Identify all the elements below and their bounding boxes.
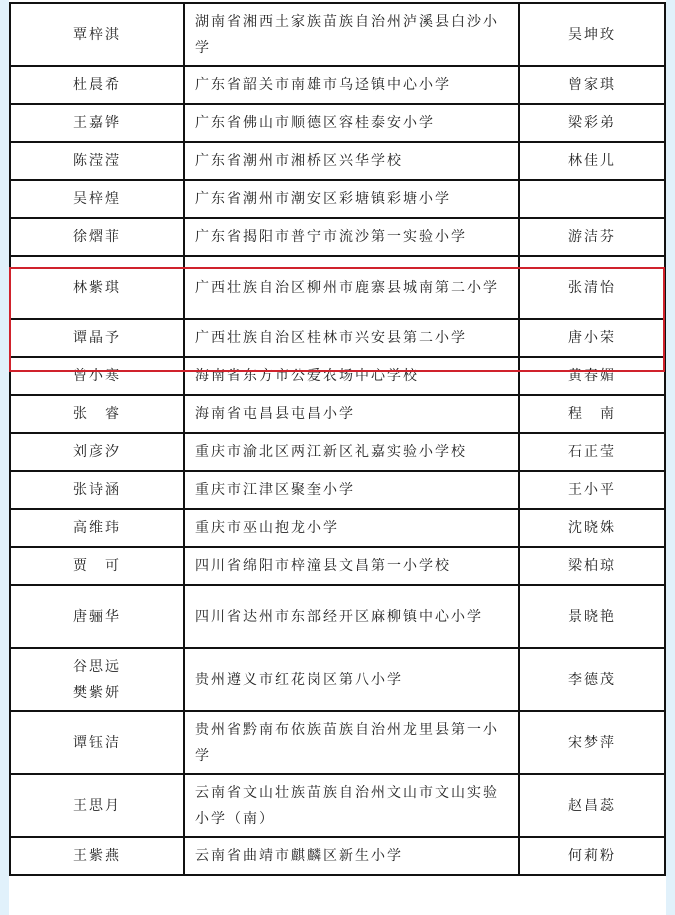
- table-row: 谷思远 樊紫妍 贵州遵义市红花岗区第八小学 李德茂: [10, 648, 665, 711]
- student-name-cell: 张 睿: [10, 395, 184, 433]
- table-row: 唐骊华 四川省达州市东部经开区麻柳镇中心小学 景晓艳: [10, 585, 665, 648]
- school-cell: 重庆市巫山抱龙小学: [184, 509, 519, 547]
- table-row: 吴梓煌 广东省潮州市潮安区彩塘镇彩塘小学: [10, 180, 665, 218]
- student-name-cell: 徐熠菲: [10, 218, 184, 256]
- teacher-cell: 吴坤玫: [519, 3, 665, 66]
- student-name-cell: 覃梓淇: [10, 3, 184, 66]
- student-name-cell: 杜晨希: [10, 66, 184, 104]
- student-name-cell: 谭晶予: [10, 319, 184, 357]
- school-cell: 广东省揭阳市普宁市流沙第一实验小学: [184, 218, 519, 256]
- student-name: 王紫燕: [11, 843, 183, 869]
- table-row: 张 睿 海南省屯昌县屯昌小学 程 南: [10, 395, 665, 433]
- school-cell: 海南省屯昌县屯昌小学: [184, 395, 519, 433]
- student-name-cell: 谷思远 樊紫妍: [10, 648, 184, 711]
- school-cell: 贵州省黔南布依族苗族自治州龙里县第一小学: [184, 711, 519, 774]
- student-name-cell: 吴梓煌: [10, 180, 184, 218]
- student-name-cell: 唐骊华: [10, 585, 184, 648]
- teacher-cell: 张清怡: [519, 256, 665, 319]
- student-name: 谭晶予: [11, 325, 183, 351]
- teacher-cell: [519, 180, 665, 218]
- student-name: 谷思远: [11, 654, 183, 680]
- table-row: 张诗涵 重庆市江津区聚奎小学 王小平: [10, 471, 665, 509]
- table-row: 高维玮 重庆市巫山抱龙小学 沈晓姝: [10, 509, 665, 547]
- student-name-cell: 张诗涵: [10, 471, 184, 509]
- school-cell: 四川省达州市东部经开区麻柳镇中心小学: [184, 585, 519, 648]
- student-name-cell: 林紫琪: [10, 256, 184, 319]
- school-cell: 海南省东方市公爱农场中心学校: [184, 357, 519, 395]
- student-name: 王思月: [11, 793, 183, 819]
- school-cell: 广东省佛山市顺德区容桂泰安小学: [184, 104, 519, 142]
- table-row: 谭钰洁 贵州省黔南布依族苗族自治州龙里县第一小学 宋梦萍: [10, 711, 665, 774]
- table-row: 贾 可 四川省绵阳市梓潼县文昌第一小学校 梁柏琼: [10, 547, 665, 585]
- teacher-cell: 游洁芬: [519, 218, 665, 256]
- teacher-cell: 黄春媚: [519, 357, 665, 395]
- school-cell: 广东省潮州市潮安区彩塘镇彩塘小学: [184, 180, 519, 218]
- table-row: 王紫燕 云南省曲靖市麒麟区新生小学 何莉粉: [10, 837, 665, 875]
- school-cell: 四川省绵阳市梓潼县文昌第一小学校: [184, 547, 519, 585]
- student-name: 徐熠菲: [11, 224, 183, 250]
- student-name-cell: 曾小寒: [10, 357, 184, 395]
- student-name-cell: 王嘉铧: [10, 104, 184, 142]
- teacher-cell: 曾家琪: [519, 66, 665, 104]
- student-name: 杜晨希: [11, 72, 183, 98]
- school-cell: 广东省潮州市湘桥区兴华学校: [184, 142, 519, 180]
- student-name: 樊紫妍: [11, 680, 183, 706]
- table-row: 覃梓淇 湖南省湘西土家族苗族自治州泸溪县白沙小学 吴坤玫: [10, 3, 665, 66]
- teacher-cell: 沈晓姝: [519, 509, 665, 547]
- school-cell: 重庆市渝北区两江新区礼嘉实验小学校: [184, 433, 519, 471]
- table-row: 王思月 云南省文山壮族苗族自治州文山市文山实验小学（南） 赵昌蕊: [10, 774, 665, 837]
- student-name: 陈滢滢: [11, 148, 183, 174]
- student-name: 覃梓淇: [11, 22, 183, 48]
- student-name-cell: 王紫燕: [10, 837, 184, 875]
- student-name: 贾 可: [11, 553, 183, 579]
- student-name: 张 睿: [11, 401, 183, 427]
- teacher-cell: 宋梦萍: [519, 711, 665, 774]
- student-name-cell: 谭钰洁: [10, 711, 184, 774]
- student-name: 唐骊华: [11, 604, 183, 630]
- award-roster-table: 覃梓淇 湖南省湘西土家族苗族自治州泸溪县白沙小学 吴坤玫 杜晨希 广东省韶关市南…: [9, 2, 666, 876]
- student-name: 曾小寒: [11, 363, 183, 389]
- table-row: 陈滢滢 广东省潮州市湘桥区兴华学校 林佳儿: [10, 142, 665, 180]
- teacher-cell: 梁柏琼: [519, 547, 665, 585]
- school-cell: 广西壮族自治区桂林市兴安县第二小学: [184, 319, 519, 357]
- school-cell: 贵州遵义市红花岗区第八小学: [184, 648, 519, 711]
- teacher-cell: 何莉粉: [519, 837, 665, 875]
- teacher-cell: 林佳儿: [519, 142, 665, 180]
- table-row: 王嘉铧 广东省佛山市顺德区容桂泰安小学 梁彩弟: [10, 104, 665, 142]
- school-cell: 湖南省湘西土家族苗族自治州泸溪县白沙小学: [184, 3, 519, 66]
- teacher-cell: 赵昌蕊: [519, 774, 665, 837]
- student-name: 张诗涵: [11, 477, 183, 503]
- school-cell: 云南省文山壮族苗族自治州文山市文山实验小学（南）: [184, 774, 519, 837]
- teacher-cell: 唐小荣: [519, 319, 665, 357]
- school-cell: 广西壮族自治区柳州市鹿寨县城南第二小学: [184, 256, 519, 319]
- student-name: 林紫琪: [11, 275, 183, 301]
- teacher-cell: 石正莹: [519, 433, 665, 471]
- teacher-cell: 程 南: [519, 395, 665, 433]
- table-row: 徐熠菲 广东省揭阳市普宁市流沙第一实验小学 游洁芬: [10, 218, 665, 256]
- school-cell: 重庆市江津区聚奎小学: [184, 471, 519, 509]
- school-cell: 广东省韶关市南雄市乌迳镇中心小学: [184, 66, 519, 104]
- student-name-cell: 贾 可: [10, 547, 184, 585]
- student-name-cell: 刘彦汐: [10, 433, 184, 471]
- table-row-highlighted: 谭晶予 广西壮族自治区桂林市兴安县第二小学 唐小荣: [10, 319, 665, 357]
- table-row: 曾小寒 海南省东方市公爱农场中心学校 黄春媚: [10, 357, 665, 395]
- table-row-highlighted: 林紫琪 广西壮族自治区柳州市鹿寨县城南第二小学 张清怡: [10, 256, 665, 319]
- teacher-cell: 李德茂: [519, 648, 665, 711]
- student-name: 王嘉铧: [11, 110, 183, 136]
- table-row: 刘彦汐 重庆市渝北区两江新区礼嘉实验小学校 石正莹: [10, 433, 665, 471]
- student-name: 刘彦汐: [11, 439, 183, 465]
- student-name: 高维玮: [11, 515, 183, 541]
- student-name-cell: 高维玮: [10, 509, 184, 547]
- table-row: 杜晨希 广东省韶关市南雄市乌迳镇中心小学 曾家琪: [10, 66, 665, 104]
- teacher-cell: 景晓艳: [519, 585, 665, 648]
- school-cell: 云南省曲靖市麒麟区新生小学: [184, 837, 519, 875]
- student-name: 吴梓煌: [11, 186, 183, 212]
- student-name-cell: 王思月: [10, 774, 184, 837]
- teacher-cell: 梁彩弟: [519, 104, 665, 142]
- teacher-cell: 王小平: [519, 471, 665, 509]
- student-name: 谭钰洁: [11, 730, 183, 756]
- student-name-cell: 陈滢滢: [10, 142, 184, 180]
